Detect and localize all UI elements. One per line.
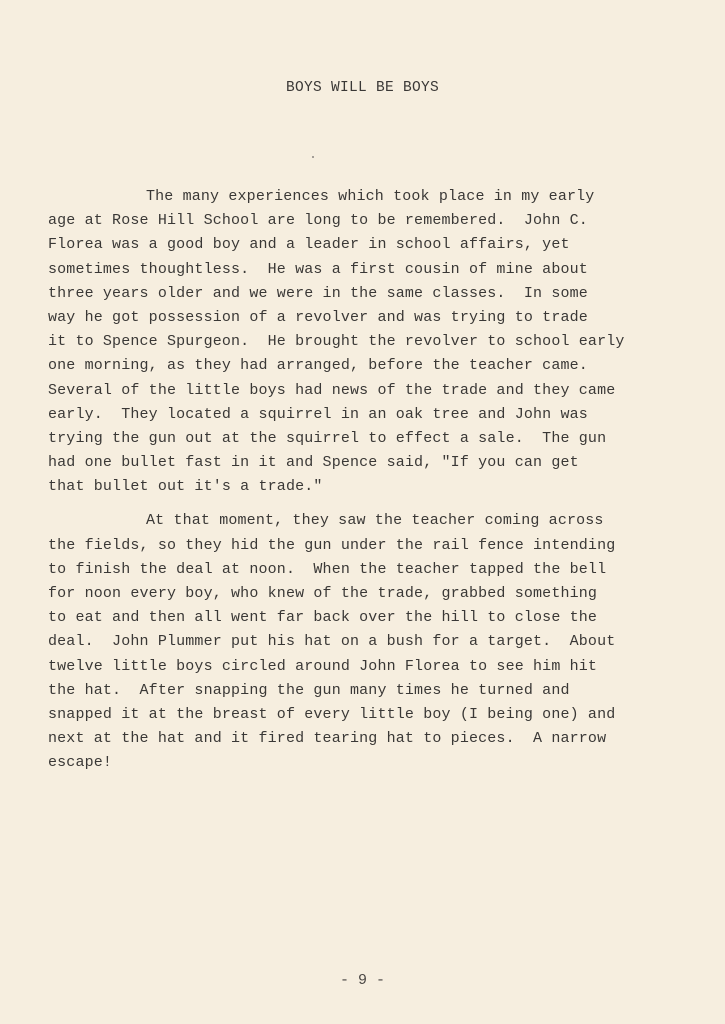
text-line: that bullet out it's a trade." (48, 475, 688, 499)
text-line: trying the gun out at the squirrel to ef… (48, 427, 688, 451)
ink-speck (312, 156, 314, 158)
text-line: age at Rose Hill School are long to be r… (48, 209, 688, 233)
text-line: Florea was a good boy and a leader in sc… (48, 233, 688, 257)
document-page: BOYS WILL BE BOYS The many experiences w… (0, 0, 725, 1024)
text-line: twelve little boys circled around John F… (48, 655, 688, 679)
paragraph: At that moment, they saw the teacher com… (48, 509, 688, 775)
text-line: to eat and then all went far back over t… (48, 606, 688, 630)
text-line: Several of the little boys had news of t… (48, 379, 688, 403)
text-line: early. They located a squirrel in an oak… (48, 403, 688, 427)
text-line: escape! (48, 751, 688, 775)
text-line: for noon every boy, who knew of the trad… (48, 582, 688, 606)
text-line: deal. John Plummer put his hat on a bush… (48, 630, 688, 654)
text-line: it to Spence Spurgeon. He brought the re… (48, 330, 688, 354)
paragraph-gap (48, 499, 688, 509)
text-line: At that moment, they saw the teacher com… (48, 509, 688, 533)
text-line: three years older and we were in the sam… (48, 282, 688, 306)
document-body: The many experiences which took place in… (48, 185, 688, 776)
text-line: the hat. After snapping the gun many tim… (48, 679, 688, 703)
text-line: the fields, so they hid the gun under th… (48, 534, 688, 558)
text-line: to finish the deal at noon. When the tea… (48, 558, 688, 582)
document-title: BOYS WILL BE BOYS (0, 80, 725, 96)
text-line: The many experiences which took place in… (48, 185, 688, 209)
paragraph: The many experiences which took place in… (48, 185, 688, 499)
text-line: sometimes thoughtless. He was a first co… (48, 258, 688, 282)
page-number: - 9 - (0, 972, 725, 989)
text-line: way he got possession of a revolver and … (48, 306, 688, 330)
text-line: one morning, as they had arranged, befor… (48, 354, 688, 378)
text-line: had one bullet fast in it and Spence sai… (48, 451, 688, 475)
text-line: next at the hat and it fired tearing hat… (48, 727, 688, 751)
text-line: snapped it at the breast of every little… (48, 703, 688, 727)
